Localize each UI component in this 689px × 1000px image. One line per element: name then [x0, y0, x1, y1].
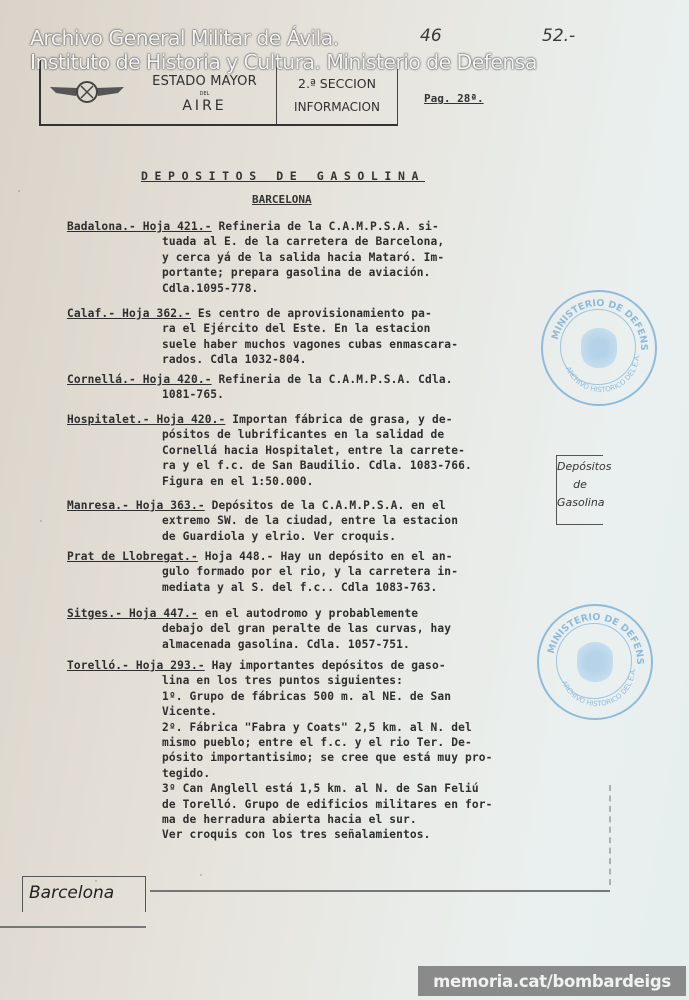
- entry-text: 1º. Grupo de fábricas 500 m. al NE. de S…: [162, 690, 451, 703]
- entry-place-heading: Prat de Llobregat.-: [67, 550, 198, 563]
- org-line-1: ESTADO MAYOR: [133, 74, 276, 89]
- entry-line: 3º Can Anglell está 1,5 km. al N. de San…: [67, 781, 493, 796]
- entry-line: pósito importantisimo; se cree que está …: [67, 750, 493, 765]
- entry-text: Refineria de la C.A.M.P.S.A. si-: [212, 220, 439, 233]
- entry-place-heading: Manresa.- Hoja 363.-: [67, 499, 205, 512]
- handwritten-number-right: 52.-: [542, 26, 575, 46]
- entry-place-heading: Torelló.- Hoja 293.-: [67, 659, 205, 672]
- page-edge-mark: [609, 785, 613, 885]
- entry-line: ra y el f.c. de San Baudilio. Cdla. 1083…: [67, 458, 472, 473]
- entry-line: ra el Ejército del Este. En la estacion: [67, 321, 458, 336]
- entry-line: Ver croquis con los tres señalamientos.: [67, 827, 493, 842]
- entry-place-heading: Cornellá.- Hoja 420.-: [67, 373, 212, 386]
- margin-note-line: de: [557, 476, 603, 494]
- entry-line: pósitos de lubrificantes en la salidad d…: [67, 427, 472, 442]
- watermark-line-2: Instituto de Historia y Cultura. Ministe…: [30, 50, 537, 74]
- entry-line: Sitges.- Hoja 447.- en el autodromo y pr…: [67, 606, 451, 621]
- svg-text:MINISTERIO DE DEFENSA: MINISTERIO DE DEFENSA: [543, 292, 649, 351]
- ministry-stamp: MINISTERIO DE DEFENSA ARCHIVO HISTORICO …: [541, 290, 657, 406]
- entry-text: de Torelló. Grupo de edificios militares…: [162, 798, 493, 811]
- entry-text: Hoja 448.- Hay un depósito en el an-: [198, 550, 453, 563]
- entry-text: debajo del gran peralte de las curvas, h…: [162, 622, 451, 635]
- entry-text: Vicente.: [162, 705, 217, 718]
- entry: Sitges.- Hoja 447.- en el autodromo y pr…: [67, 606, 451, 652]
- entry-text: Hay importantes depósitos de gaso-: [205, 659, 446, 672]
- entry-line: rados. Cdla 1032-804.: [67, 352, 458, 367]
- entry-text: tuada al E. de la carretera de Barcelona…: [162, 235, 444, 248]
- entry-text: y cerca yá de la salida hacia Mataró. Im…: [162, 251, 444, 264]
- entry: Hospitalet.- Hoja 420.- Importan fábrica…: [67, 412, 472, 489]
- section-line-1: 2.ª SECCION: [277, 76, 397, 91]
- org-line-2: DEL: [133, 91, 276, 97]
- entry-text: suele haber muchos vagones cubas enmasca…: [162, 338, 458, 351]
- entry-text: ma de herradura abierta hacia el sur.: [162, 813, 417, 826]
- entry: Calaf.- Hoja 362.- Es centro de aprovisi…: [67, 306, 458, 368]
- entry-text: rados. Cdla 1032-804.: [162, 353, 307, 366]
- entry-line: 2º. Fábrica "Fabra y Coats" 2,5 km. al N…: [67, 720, 493, 735]
- entry-line: Cdla.1095-778.: [67, 281, 444, 296]
- entry-text: portante; prepara gasolina de aviación.: [162, 266, 431, 279]
- watermark-line-1: Archivo General Militar de Ávila.: [30, 26, 537, 50]
- ministry-stamp: MINISTERIO DE DEFENSA ARCHIVO HISTORICO …: [537, 604, 653, 720]
- entry-line: Hospitalet.- Hoja 420.- Importan fábrica…: [67, 412, 472, 427]
- entry-line: portante; prepara gasolina de aviación.: [67, 265, 444, 280]
- footer-divider: [0, 926, 146, 928]
- entry-line: almacenada gasolina. Cdla. 1057-751.: [67, 637, 451, 652]
- entry-line: 1081-765.: [67, 387, 453, 402]
- entry-text: de Guardiola y elrio. Ver croquis.: [162, 530, 396, 543]
- entry-line: mediata y al S. del f.c.. Cdla 1083-763.: [67, 580, 458, 595]
- entry-line: y cerca yá de la salida hacia Mataró. Im…: [67, 250, 444, 265]
- entry-place-heading: Badalona.- Hoja 421.-: [67, 220, 212, 233]
- entry-line: 1º. Grupo de fábricas 500 m. al NE. de S…: [67, 689, 493, 704]
- entry-line: Manresa.- Hoja 363.- Depósitos de la C.A…: [67, 498, 458, 513]
- section-line-2: INFORMACION: [277, 100, 397, 114]
- entry-text: Refineria de la C.A.M.P.S.A. Cdla.: [212, 373, 453, 386]
- archive-watermark: Archivo General Militar de Ávila. Instit…: [30, 26, 537, 74]
- entry-line: tuada al E. de la carretera de Barcelona…: [67, 234, 444, 249]
- entry-text: ra y el f.c. de San Baudilio. Cdla. 1083…: [162, 459, 472, 472]
- entry: Torelló.- Hoja 293.- Hay importantes dep…: [67, 658, 493, 843]
- entry-line: mismo pueblo; entre el f.c. y el rio Ter…: [67, 735, 493, 750]
- entry-text: extremo SW. de la ciudad, entre la estac…: [162, 514, 458, 527]
- footer-label: Barcelona: [22, 876, 146, 912]
- page-reference: Pag. 28ª.: [424, 92, 484, 105]
- entry-line: ma de herradura abierta hacia el sur.: [67, 812, 493, 827]
- entry: Prat de Llobregat.- Hoja 448.- Hay un de…: [67, 549, 458, 595]
- svg-text:MINISTERIO DE DEFENSA: MINISTERIO DE DEFENSA: [539, 606, 645, 665]
- margin-note-line: Depósitos: [557, 458, 603, 476]
- entry-line: debajo del gran peralte de las curvas, h…: [67, 621, 451, 636]
- entry-text: 2º. Fábrica "Fabra y Coats" 2,5 km. al N…: [162, 721, 472, 734]
- entry-text: en el autodromo y probablemente: [198, 607, 418, 620]
- entry-text: ra el Ejército del Este. En la estacion: [162, 322, 431, 335]
- entry-text: mediata y al S. del f.c.. Cdla 1083-763.: [162, 581, 437, 594]
- entry-line: de Torelló. Grupo de edificios militares…: [67, 797, 493, 812]
- entry-place-heading: Sitges.- Hoja 447.-: [67, 607, 198, 620]
- entry-line: Cornellá hacia Hospitalet, entre la carr…: [67, 443, 472, 458]
- entry-text: Ver croquis con los tres señalamientos.: [162, 828, 431, 841]
- entry-text: 3º Can Anglell está 1,5 km. al N. de San…: [162, 782, 479, 795]
- entry-text: 1081-765.: [162, 388, 224, 401]
- margin-note-line: Gasolina: [557, 494, 603, 512]
- paper-speck: [18, 190, 20, 192]
- entry-line: suele haber muchos vagones cubas enmasca…: [67, 337, 458, 352]
- entry-text: pósitos de lubrificantes en la salidad d…: [162, 428, 444, 441]
- entry-line: lina en los tres puntos siguientes:: [67, 673, 493, 688]
- svg-text:ARCHIVO HISTORICO DEL E.A.: ARCHIVO HISTORICO DEL E.A.: [560, 668, 637, 708]
- entry: Manresa.- Hoja 363.- Depósitos de la C.A…: [67, 498, 458, 544]
- source-watermark: memoria.cat/bombardeigs: [418, 966, 686, 996]
- entry-text: Cdla.1095-778.: [162, 282, 258, 295]
- entry-text: Importan fábrica de grasa, y de-: [225, 413, 452, 426]
- entry-line: Prat de Llobregat.- Hoja 448.- Hay un de…: [67, 549, 458, 564]
- entry-text: gulo formado por el rio, y la carretera …: [162, 565, 458, 578]
- paper-speck: [40, 520, 42, 522]
- margin-note: Depósitos de Gasolina: [556, 455, 603, 525]
- entry-text: lina en los tres puntos siguientes:: [162, 674, 403, 687]
- svg-text:ARCHIVO HISTORICO DEL E.A.: ARCHIVO HISTORICO DEL E.A.: [564, 354, 641, 394]
- entry-line: gulo formado por el rio, y la carretera …: [67, 564, 458, 579]
- entry-line: Figura en el 1:50.000.: [67, 474, 472, 489]
- entry-line: Calaf.- Hoja 362.- Es centro de aprovisi…: [67, 306, 458, 321]
- entry: Cornellá.- Hoja 420.- Refineria de la C.…: [67, 372, 453, 403]
- entry-text: almacenada gasolina. Cdla. 1057-751.: [162, 638, 410, 651]
- entry: Badalona.- Hoja 421.- Refineria de la C.…: [67, 219, 444, 296]
- entry-line: Badalona.- Hoja 421.- Refineria de la C.…: [67, 219, 444, 234]
- entry-text: Es centro de aprovisionamiento pa-: [191, 307, 432, 320]
- document-subtitle: BARCELONA: [252, 193, 312, 206]
- entry-line: extremo SW. de la ciudad, entre la estac…: [67, 513, 458, 528]
- footer-divider: [150, 890, 610, 892]
- paper-speck: [200, 874, 202, 876]
- entry-text: Depósitos de la C.A.M.P.S.A. en el: [205, 499, 446, 512]
- entry-line: Vicente.: [67, 704, 493, 719]
- entry-line: Cornellá.- Hoja 420.- Refineria de la C.…: [67, 372, 453, 387]
- entry-text: pósito importantisimo; se cree que está …: [162, 751, 493, 764]
- entry-text: mismo pueblo; entre el f.c. y el rio Ter…: [162, 736, 472, 749]
- entry-place-heading: Hospitalet.- Hoja 420.-: [67, 413, 225, 426]
- entry-line: Torelló.- Hoja 293.- Hay importantes dep…: [67, 658, 493, 673]
- entry-text: Cornellá hacia Hospitalet, entre la carr…: [162, 444, 465, 457]
- entry-line: de Guardiola y elrio. Ver croquis.: [67, 529, 458, 544]
- org-line-3: AIRE: [133, 98, 276, 114]
- entry-text: Figura en el 1:50.000.: [162, 475, 313, 488]
- document-title: DEPOSITOS DE GASOLINA: [141, 169, 425, 183]
- entry-place-heading: Calaf.- Hoja 362.-: [67, 307, 191, 320]
- entry-text: tegido.: [162, 767, 210, 780]
- entry-line: tegido.: [67, 766, 493, 781]
